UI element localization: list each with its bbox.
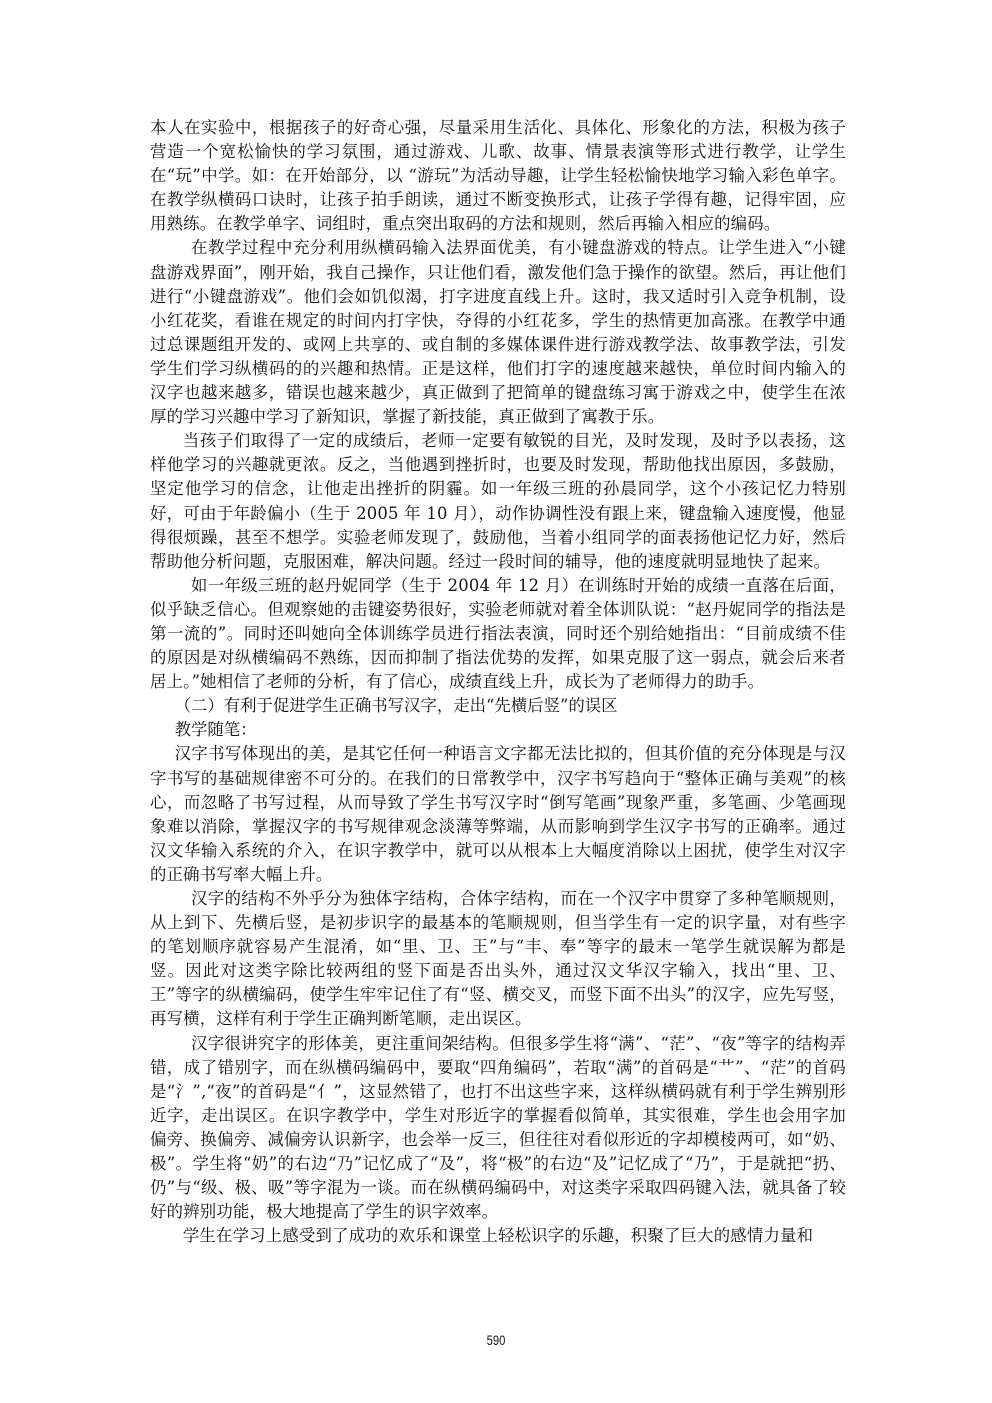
subheading-teaching-notes: 教学随笔： [150,718,846,742]
paragraph-success-joy: 学生在学习上感受到了成功的欢乐和课堂上轻松识字的乐趣，积聚了巨大的感情力量和 [150,1224,846,1248]
paragraph-character-structure: 汉字很讲究字的形体美，更注重间架结构。但很多学生将“满”、“茫”、“夜”等字的结… [150,1032,846,1225]
paragraph-student-example: 如一年级三班的赵丹妮同学（生于 2004 年 12 月）在训练时开始的成绩一直落… [150,574,846,694]
section-heading: （二）有利于促进学生正确书写汉字，走出“先横后竖”的误区 [150,694,846,718]
paragraph-keyboard-game: 在教学过程中充分利用纵横码输入法界面优美，有小键盘游戏的特点。让学生进入“小键盘… [150,236,846,429]
document-page: 本人在实验中，根据孩子的好奇心强，尽量采用生活化、具体化、形象化的方法，积极为孩… [150,116,846,1248]
page-number: 590 [99,1332,893,1348]
paragraph-praise-encouragement: 当孩子们取得了一定的成绩后，老师一定要有敏锐的目光，及时发现，及时予以表扬，这样… [150,429,846,574]
paragraph-play-learning: 本人在实验中，根据孩子的好奇心强，尽量采用生活化、具体化、形象化的方法，积极为孩… [150,116,846,236]
paragraph-writing-beauty: 汉字书写体现出的美，是其它任何一种语言文字都无法比拟的，但其价值的充分体现是与汉… [150,742,846,887]
paragraph-stroke-order: 汉字的结构不外乎分为独体字结构，合体字结构，而在一个汉字中贯穿了多种笔顺规则，从… [150,887,846,1032]
